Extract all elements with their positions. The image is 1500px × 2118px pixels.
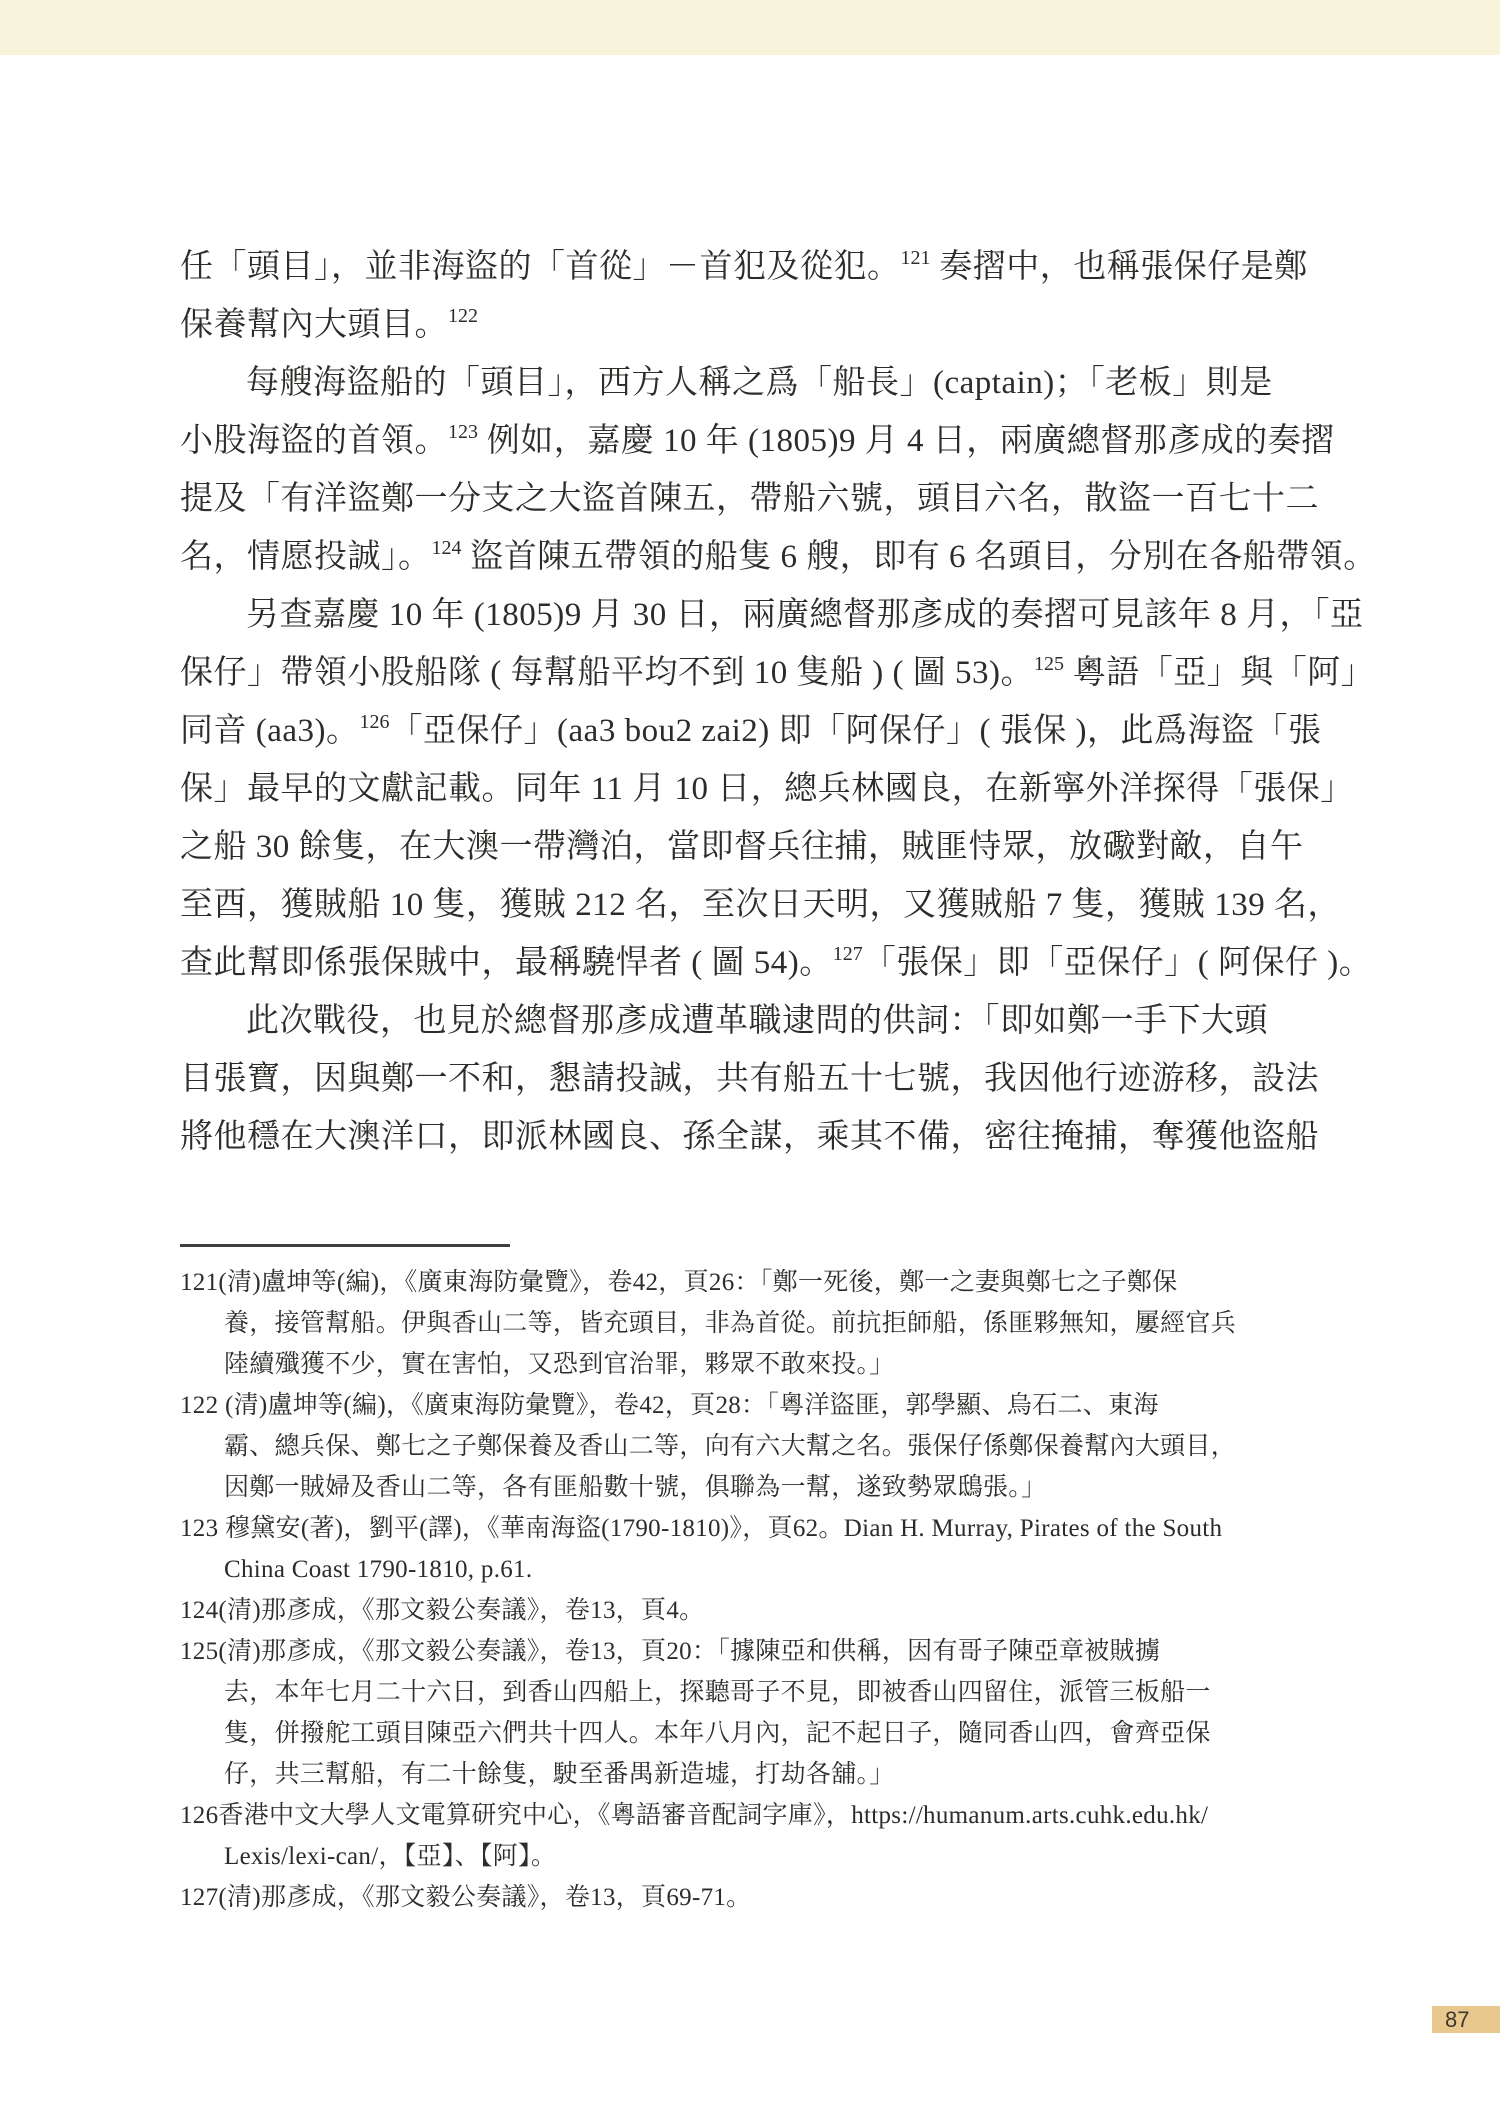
body-line: 提及「有洋盜鄭一分支之大盜首陳五，帶船六號，頭目六名，散盜一百七十二 bbox=[180, 470, 1320, 528]
body-line: 至酉，獲賊船 10 隻，獲賊 212 名，至次日天明，又獲賊船 7 隻，獲賊 1… bbox=[180, 876, 1320, 934]
footnote-line: 去，本年七月二十六日，到香山四船上，探聽哥子不見，即被香山四留住，派管三板船一 bbox=[180, 1672, 1340, 1713]
body-line: 名，情愿投誠」。124 盜首陳五帶領的船隻 6 艘，即有 6 名頭目，分別在各船… bbox=[180, 528, 1320, 586]
body-text: 任「頭目」，並非海盜的「首從」－首犯及從犯。121 奏摺中，也稱張保仔是鄭保養幫… bbox=[180, 238, 1320, 1166]
body-line: 另查嘉慶 10 年 (1805)9 月 30 日，兩廣總督那彥成的奏摺可見該年 … bbox=[180, 586, 1320, 644]
body-line: 保」最早的文獻記載。同年 11 月 10 日，總兵林國良，在新寧外洋探得「張保」 bbox=[180, 760, 1320, 818]
body-line: 同音 (aa3)。126「亞保仔」(aa3 bou2 zai2) 即「阿保仔」(… bbox=[180, 702, 1320, 760]
body-line: 此次戰役，也見於總督那彥成遭革職逮問的供詞：「即如鄭一手下大頭 bbox=[180, 992, 1320, 1050]
body-line: 查此幫即係張保賊中，最稱驍悍者 ( 圖 54)。127「張保」即「亞保仔」( 阿… bbox=[180, 934, 1320, 992]
footnote-line: 126香港中文大學人文電算研究中心，《粵語審音配詞字庫》，https://hum… bbox=[180, 1795, 1340, 1836]
footnotes: 121(清)盧坤等(編)，《廣東海防彙覽》，卷42，頁26：「鄭一死後，鄭一之妻… bbox=[180, 1262, 1340, 1918]
footnote-line: China Coast 1790-1810, p.61. bbox=[180, 1549, 1340, 1590]
page: { "page": { "number": "87" }, "colors": … bbox=[0, 0, 1500, 2118]
footnote-line: 122 (清)盧坤等(編)，《廣東海防彙覽》，卷42，頁28：「粵洋盜匪，郭學顯… bbox=[180, 1385, 1340, 1426]
body-line: 小股海盜的首領。123 例如，嘉慶 10 年 (1805)9 月 4 日，兩廣總… bbox=[180, 412, 1320, 470]
footnote-marker: 125 bbox=[1034, 653, 1064, 675]
page-number-tab: 87 bbox=[1432, 2006, 1500, 2033]
footnote-line: 123 穆黛安(著)，劉平(譯)，《華南海盜(1790-1810)》，頁62。D… bbox=[180, 1508, 1340, 1549]
footnote-line: 仔，共三幫船，有二十餘隻，駛至番禺新造墟，打劫各舖。」 bbox=[180, 1754, 1340, 1795]
body-line: 保養幫內大頭目。122 bbox=[180, 296, 1320, 354]
footnote-line: 124(清)那彥成，《那文毅公奏議》，卷13，頁4。 bbox=[180, 1590, 1340, 1631]
footnote-line: 陸續殲獲不少，實在害怕，又恐到官治罪，夥眾不敢來投。」 bbox=[180, 1344, 1340, 1385]
footnote-marker: 124 bbox=[432, 537, 462, 559]
footnote-line: 127(清)那彥成，《那文毅公奏議》，卷13，頁69-71。 bbox=[180, 1877, 1340, 1918]
footnote-marker: 122 bbox=[448, 305, 478, 327]
footnote-line: 因鄭一賊婦及香山二等，各有匪船數十號，俱聯為一幫，遂致勢眾鴟張。」 bbox=[180, 1467, 1340, 1508]
footnote-line: 隻，併撥舵工頭目陳亞六們共十四人。本年八月內，記不起日子，隨同香山四，會齊亞保 bbox=[180, 1713, 1340, 1754]
footnote-marker: 127 bbox=[833, 943, 863, 965]
footnote-marker: 126 bbox=[360, 711, 390, 733]
footnote-line: 霸、總兵保、鄭七之子鄭保養及香山二等，向有六大幫之名。張保仔係鄭保養幫內大頭目， bbox=[180, 1426, 1340, 1467]
footnote-line: 121(清)盧坤等(編)，《廣東海防彙覽》，卷42，頁26：「鄭一死後，鄭一之妻… bbox=[180, 1262, 1340, 1303]
top-band bbox=[0, 0, 1500, 55]
body-line: 任「頭目」，並非海盜的「首從」－首犯及從犯。121 奏摺中，也稱張保仔是鄭 bbox=[180, 238, 1320, 296]
footnote-marker: 123 bbox=[448, 421, 478, 443]
body-line: 每艘海盜船的「頭目」，西方人稱之爲「船長」(captain)；「老板」則是 bbox=[180, 354, 1320, 412]
footnote-separator bbox=[180, 1244, 510, 1247]
body-line: 之船 30 餘隻，在大澳一帶灣泊，當即督兵往捕，賊匪恃眾，放礮對敵，自午 bbox=[180, 818, 1320, 876]
body-line: 保仔」帶領小股船隊 ( 每幫船平均不到 10 隻船 ) ( 圖 53)。125 … bbox=[180, 644, 1320, 702]
body-line: 目張寶，因與鄭一不和，懇請投誠，共有船五十七號，我因他行迹游移，設法 bbox=[180, 1050, 1320, 1108]
footnote-line: Lexis/lexi-can/，【亞】、【阿】。 bbox=[180, 1836, 1340, 1877]
body-line: 將他穩在大澳洋口，即派林國良、孫全謀，乘其不備，密往掩捕，奪獲他盜船 bbox=[180, 1108, 1320, 1166]
page-number: 87 bbox=[1445, 2007, 1469, 2032]
footnote-marker: 121 bbox=[901, 247, 931, 269]
footnote-line: 125(清)那彥成，《那文毅公奏議》，卷13，頁20：「據陳亞和供稱，因有哥子陳… bbox=[180, 1631, 1340, 1672]
footnote-line: 養，接管幫船。伊與香山二等，皆充頭目，非為首從。前抗拒師船，係匪夥無知，屢經官兵 bbox=[180, 1303, 1340, 1344]
